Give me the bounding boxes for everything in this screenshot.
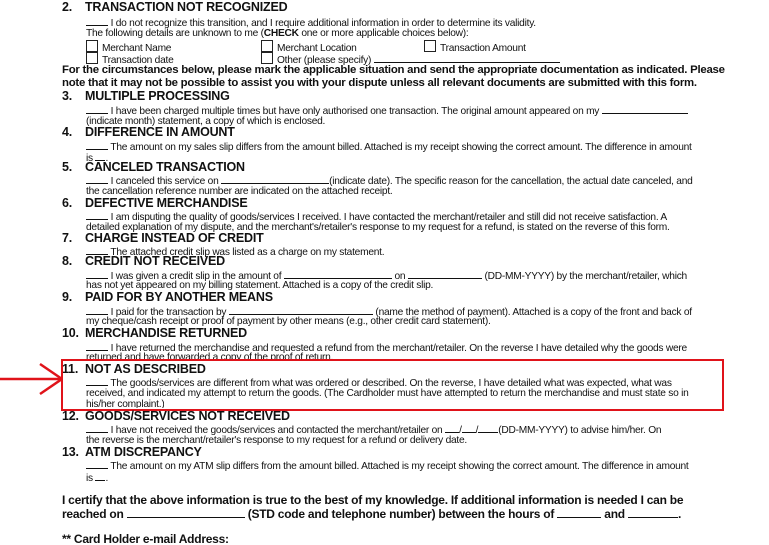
text-segment: . bbox=[678, 507, 681, 521]
text-segment: 3. bbox=[62, 89, 85, 103]
checkbox-icon[interactable] bbox=[86, 40, 98, 52]
mark-blank[interactable] bbox=[86, 16, 108, 26]
checkbox-icon[interactable] bbox=[424, 40, 436, 52]
text-segment: 4. bbox=[62, 125, 85, 139]
mark-blank[interactable] bbox=[86, 174, 108, 184]
text-segment: PAID FOR BY ANOTHER MEANS bbox=[85, 290, 273, 304]
contact-month-field[interactable] bbox=[462, 423, 476, 433]
text-segment: (DD-MM-YYYY) by the merchant/retailer, w… bbox=[485, 271, 687, 282]
text-segment: DEFECTIVE MERCHANDISE bbox=[85, 196, 247, 210]
text-segment: MERCHANDISE RETURNED bbox=[85, 326, 247, 340]
text-segment: 9. bbox=[62, 290, 85, 304]
text-segment: 8. bbox=[62, 254, 85, 268]
mark-blank[interactable] bbox=[86, 305, 108, 315]
certify-line2: reached on (STD code and telephone numbe… bbox=[62, 507, 681, 521]
other-specify-field[interactable] bbox=[374, 53, 560, 63]
text-segment: 6. bbox=[62, 196, 85, 210]
section-2-line2: The following details are unknown to me … bbox=[86, 28, 469, 39]
arrow-right-icon bbox=[0, 362, 66, 396]
mark-blank[interactable] bbox=[86, 104, 108, 114]
section-10-line2: returned and have forwarded a copy of th… bbox=[86, 352, 333, 359]
section-13-line1: The amount on my ATM slip differs from t… bbox=[86, 459, 689, 472]
text-segment: 12. bbox=[62, 409, 85, 423]
atm-difference-field[interactable] bbox=[95, 471, 105, 481]
instructions-line2: note that it may not be possible to assi… bbox=[62, 77, 697, 89]
email-address-label: ** Card Holder e-mail Address: bbox=[62, 532, 229, 545]
section-2-heading: 2.TRANSACTION NOT RECOGNIZED bbox=[62, 0, 287, 14]
checkbox-icon[interactable] bbox=[86, 52, 98, 64]
text-segment: CREDIT NOT RECEIVED bbox=[85, 254, 225, 268]
text-segment: (STD code and telephone number) between … bbox=[248, 507, 554, 521]
text-segment: 10. bbox=[62, 326, 85, 340]
section-10-heading: 10.MERCHANDISE RETURNED bbox=[62, 326, 247, 340]
hours-from-field[interactable] bbox=[557, 508, 601, 518]
text-segment: 7. bbox=[62, 231, 85, 245]
credit-amount-field[interactable] bbox=[284, 269, 392, 279]
hours-to-field[interactable] bbox=[628, 508, 678, 518]
dispute-form-page: 2.TRANSACTION NOT RECOGNIZED I do not re… bbox=[0, 0, 769, 545]
mark-blank[interactable] bbox=[86, 210, 108, 220]
instructions-line1: For the circumstances below, please mark… bbox=[62, 64, 725, 76]
section-4-heading: 4.DIFFERENCE IN AMOUNT bbox=[62, 125, 235, 139]
section-8-heading: 8.CREDIT NOT RECEIVED bbox=[62, 254, 225, 268]
text-segment: 5. bbox=[62, 160, 85, 174]
text-segment: The amount on my sales slip differs from… bbox=[110, 142, 691, 153]
section-12-heading: 12.GOODS/SERVICES NOT RECEIVED bbox=[62, 409, 290, 423]
text-segment: MULTIPLE PROCESSING bbox=[85, 89, 230, 103]
text-segment: and bbox=[604, 507, 625, 521]
mark-blank[interactable] bbox=[86, 341, 108, 351]
payment-method-field[interactable] bbox=[229, 305, 373, 315]
mark-blank[interactable] bbox=[86, 140, 108, 150]
section-5-heading: 5.CANCELED TRANSACTION bbox=[62, 160, 245, 174]
section-13-heading: 13.ATM DISCREPANCY bbox=[62, 445, 202, 459]
highlight-box bbox=[61, 359, 724, 411]
section-3-heading: 3.MULTIPLE PROCESSING bbox=[62, 89, 230, 103]
section-4-line1: The amount on my sales slip differs from… bbox=[86, 140, 692, 153]
contact-day-field[interactable] bbox=[445, 423, 459, 433]
cancel-date-field[interactable] bbox=[221, 174, 329, 184]
text-segment: reached on bbox=[62, 507, 124, 521]
text-segment: GOODS/SERVICES NOT RECEIVED bbox=[85, 409, 290, 423]
mark-blank[interactable] bbox=[86, 459, 108, 469]
text-segment: CHARGE INSTEAD OF CREDIT bbox=[85, 231, 264, 245]
certify-line1: I certify that the above information is … bbox=[62, 493, 683, 507]
section-7-heading: 7.CHARGE INSTEAD OF CREDIT bbox=[62, 231, 264, 245]
section-6-heading: 6.DEFECTIVE MERCHANDISE bbox=[62, 196, 247, 210]
checkbox-icon[interactable] bbox=[261, 52, 273, 64]
phone-number-field[interactable] bbox=[127, 508, 245, 518]
text-segment: is bbox=[86, 473, 93, 484]
text-segment: ATM DISCREPANCY bbox=[85, 445, 202, 459]
section-13-line2: is . bbox=[86, 471, 108, 484]
text-segment: The amount on my ATM slip differs from t… bbox=[110, 461, 688, 472]
statement-month-field[interactable] bbox=[602, 104, 688, 114]
mark-blank[interactable] bbox=[86, 269, 108, 279]
text-segment: DIFFERENCE IN AMOUNT bbox=[85, 125, 235, 139]
mark-blank[interactable] bbox=[86, 423, 108, 433]
credit-date-field[interactable] bbox=[408, 269, 482, 279]
checkbox-icon[interactable] bbox=[261, 40, 273, 52]
section-9-heading: 9.PAID FOR BY ANOTHER MEANS bbox=[62, 290, 273, 304]
text-segment: (DD-MM-YYYY) to advise him/her. On bbox=[498, 425, 661, 436]
contact-year-field[interactable] bbox=[478, 423, 498, 433]
text-segment: 13. bbox=[62, 445, 85, 459]
text-segment: CANCELED TRANSACTION bbox=[85, 160, 245, 174]
